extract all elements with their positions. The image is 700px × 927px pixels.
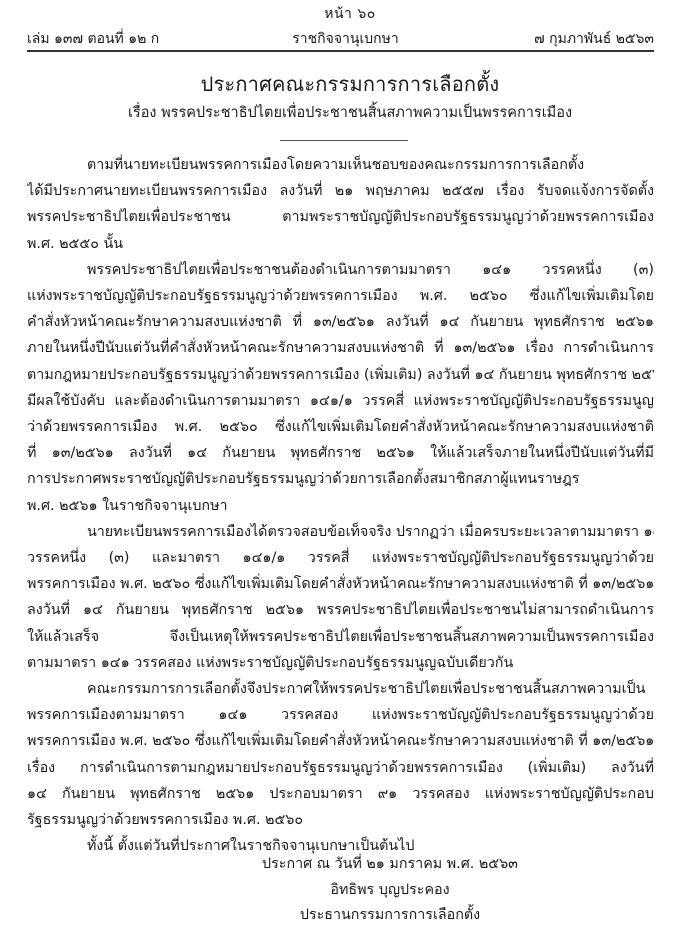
text-line: รัฐธรรมนูญว่าด้วยพรรคการเมือง พ.ศ. ๒๕๖๐ bbox=[27, 807, 654, 833]
text-line: มีผลใช้บังคับ และต้องดำเนินการตามมาตรา ๑… bbox=[27, 388, 654, 414]
paragraph: ตามที่นายทะเบียนพรรคการเมืองโดยความเห็นช… bbox=[27, 152, 654, 257]
announcement-body: ตามที่นายทะเบียนพรรคการเมืองโดยความเห็นช… bbox=[27, 152, 654, 859]
announcement-subject: เรื่อง พรรคประชาธิปไตยเพื่อประชาชนสิ้นสภ… bbox=[0, 101, 700, 124]
signatory-name: อิทธิพร บุญประคอง bbox=[0, 879, 700, 901]
text-line: ตามกฎหมายประกอบรัฐธรรมนูญว่าด้วยพรรคการเ… bbox=[27, 362, 654, 388]
text-line: ภายในหนึ่งปีนับแต่วันที่คำสั่งหัวหน้าคณะ… bbox=[27, 335, 654, 361]
header-rule bbox=[27, 50, 654, 52]
text-line: แห่งพระราชบัญญัติประกอบรัฐธรรมนูญว่าด้วย… bbox=[27, 283, 654, 309]
text-line: พรรคการเมือง พ.ศ. ๒๕๖๐ ซึ่งแก้ไขเพิ่มเติ… bbox=[27, 571, 654, 597]
paragraph: พรรคประชาธิปไตยเพื่อประชาชนต้องดำเนินการ… bbox=[27, 257, 654, 519]
text-line: ที่ ๑๓/๒๕๖๑ ลงวันที่ ๑๔ กันยายน พุทธศักร… bbox=[27, 440, 654, 466]
text-line: ตามที่นายทะเบียนพรรคการเมืองโดยความเห็นช… bbox=[27, 152, 654, 178]
publication-date: ๗ กุมภาพันธ์ ๒๕๖๓ bbox=[534, 28, 654, 50]
text-line: นายทะเบียนพรรคการเมืองได้ตรวจสอบข้อเท็จจ… bbox=[27, 519, 654, 545]
signatory-position: ประธานกรรมการการเลือกตั้ง bbox=[0, 904, 700, 926]
text-line: ได้มีประกาศนายทะเบียนพรรคการเมือง ลงวันท… bbox=[27, 178, 654, 204]
announcement-title: ประกาศคณะกรรมการการเลือกตั้ง bbox=[0, 68, 700, 100]
text-line: พ.ศ. ๒๕๖๑ ในราชกิจจานุเบกษา bbox=[27, 493, 654, 519]
text-line: เรื่อง การดำเนินการตามกฎหมายประกอบรัฐธรร… bbox=[27, 755, 654, 781]
announcement-date: ประกาศ ณ วันที่ ๒๑ มกราคม พ.ศ. ๒๕๖๓ bbox=[0, 853, 700, 875]
text-line: พรรคการเมือง พ.ศ. ๒๕๖๐ ซึ่งแก้ไขเพิ่มเติ… bbox=[27, 728, 654, 754]
text-line: วรรคหนึ่ง (๓) และมาตรา ๑๔๑/๑ วรรคสี่ แห่… bbox=[27, 545, 654, 571]
gazette-header: เล่ม ๑๓๗ ตอนที่ ๑๒ ก ราชกิจจานุเบกษา ๗ ก… bbox=[27, 28, 654, 48]
paragraph: นายทะเบียนพรรคการเมืองได้ตรวจสอบข้อเท็จจ… bbox=[27, 519, 654, 676]
text-line: พ.ศ. ๒๕๕๐ นั้น bbox=[27, 231, 654, 257]
text-line: ว่าด้วยพรรคการเมือง พ.ศ. ๒๕๖๐ ซึ่งแก้ไขเ… bbox=[27, 414, 654, 440]
text-line: คณะกรรมการการเลือกตั้งจึงประกาศให้พรรคปร… bbox=[27, 676, 654, 702]
text-line: พรรคประชาธิปไตยเพื่อประชาชน ตามพระราชบัญ… bbox=[27, 204, 654, 230]
page-number: หน้า ๖๐ bbox=[0, 3, 700, 25]
text-line: ลงวันที่ ๑๔ กันยายน พุทธศักราช ๒๕๖๑ พรรค… bbox=[27, 597, 654, 623]
paragraph: คณะกรรมการการเลือกตั้งจึงประกาศให้พรรคปร… bbox=[27, 676, 654, 833]
title-divider bbox=[280, 140, 408, 141]
text-line: คำสั่งหัวหน้าคณะรักษาความสงบแห่งชาติ ที่… bbox=[27, 309, 654, 335]
gazette-page: หน้า ๖๐ เล่ม ๑๓๗ ตอนที่ ๑๒ ก ราชกิจจานุเ… bbox=[0, 0, 700, 927]
text-line: พรรคการเมืองตามมาตรา ๑๔๑ วรรคสอง แห่งพระ… bbox=[27, 702, 654, 728]
text-line: ตามมาตรา ๑๔๑ วรรคสอง แห่งพระราชบัญญัติปร… bbox=[27, 650, 654, 676]
text-line: ๑๔ กันยายน พุทธศักราช ๒๕๖๑ ประกอบมาตรา ๙… bbox=[27, 781, 654, 807]
text-line: การประกาศพระราชบัญญัติประกอบรัฐธรรมนูญว่… bbox=[27, 466, 654, 492]
text-line: ให้แล้วเสร็จ จึงเป็นเหตุให้พรรคประชาธิปไ… bbox=[27, 624, 654, 650]
text-line: พรรคประชาธิปไตยเพื่อประชาชนต้องดำเนินการ… bbox=[27, 257, 654, 283]
